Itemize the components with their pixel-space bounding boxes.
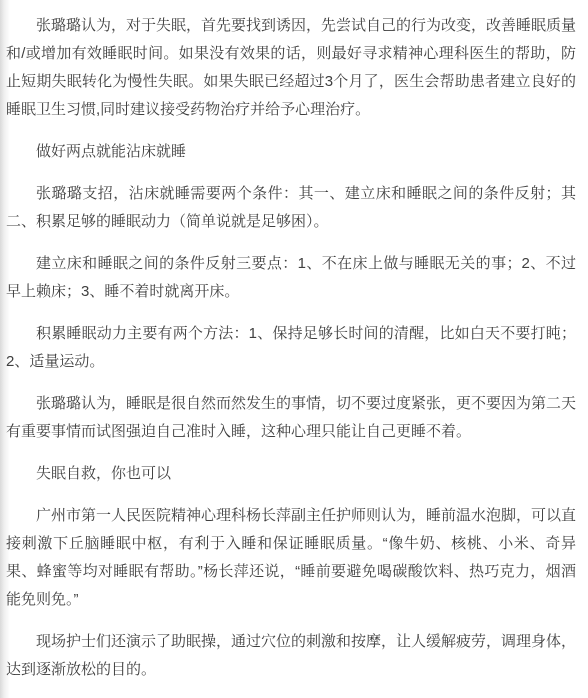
paragraph-two-conditions: 张璐璐支招，沾床就睡需要两个条件：其一、建立床和睡眠之间的条件反射；其二、积累足…: [6, 180, 576, 236]
article-page: 张璐璐认为，对于失眠，首先要找到诱因，先尝试自己的行为改变，改善睡眠质量和/或增…: [0, 0, 588, 698]
article-text-block: 张璐璐认为，对于失眠，首先要找到诱因，先尝试自己的行为改变，改善睡眠质量和/或增…: [0, 0, 588, 684]
paragraph-intro: 张璐璐认为，对于失眠，首先要找到诱因，先尝试自己的行为改变，改善睡眠质量和/或增…: [6, 12, 576, 124]
paragraph-natural-sleep: 张璐璐认为，睡眠是很自然而然发生的事情，切不要过度紧张，更不要因为第二天有重要事…: [6, 390, 576, 446]
paragraph-conditioned-reflex: 建立床和睡眠之间的条件反射三要点：1、不在床上做与睡眠无关的事；2、不过早上赖床…: [6, 250, 576, 306]
paragraph-nurse-advice: 广州市第一人民医院精神心理科杨长萍副主任护师则认为，睡前温水泡脚，可以直接刺激下…: [6, 502, 576, 614]
subheading-self-rescue: 失眠自救，你也可以: [6, 460, 576, 488]
paragraph-sleep-exercise: 现场护士们还演示了助眠操，通过穴位的刺激和按摩，让人缓解疲劳，调理身体，达到逐渐…: [6, 628, 576, 684]
subheading-two-points: 做好两点就能沾床就睡: [6, 138, 576, 166]
paragraph-sleep-drive: 积累睡眠动力主要有两个方法：1、保持足够长时间的清醒，比如白天不要打盹；2、适量…: [6, 320, 576, 376]
